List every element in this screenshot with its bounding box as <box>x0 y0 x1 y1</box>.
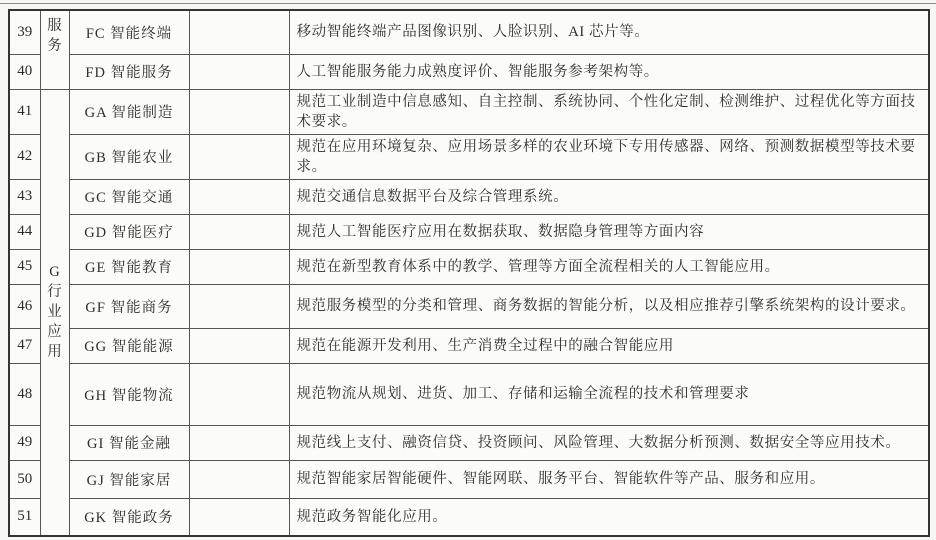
code-cell: GA 智能制造 <box>69 89 189 134</box>
description-cell: 规范在应用环境复杂、应用场景多样的农业环境下专用传感器、网络、预测数据模型等技术… <box>289 134 929 179</box>
description-cell: 规范人工智能医疗应用在数据获取、数据隐身管理等方面内容 <box>289 214 929 249</box>
description-cell: 规范在新型教育体系中的教学、管理等方面全流程相关的人工智能应用。 <box>289 249 929 284</box>
empty-cell <box>189 54 289 89</box>
code-cell: FC 智能终端 <box>69 10 189 54</box>
row-number-cell: 41 <box>9 89 40 134</box>
table-row: 40 FD 智能服务 人工智能服务能力成熟度评价、智能服务参考架构等。 <box>9 54 929 89</box>
code-cell: GH 智能物流 <box>69 363 189 425</box>
standards-table: 39 服 务 FC 智能终端 移动智能终端产品图像识别、人脸识别、AI 芯片等。… <box>8 9 930 537</box>
code-cell: GB 智能农业 <box>69 134 189 179</box>
table-row: 41 G 行 业 应 用 GA 智能制造 规范工业制造中信息感知、自主控制、系统… <box>9 89 929 134</box>
table-row: 49 GI 智能金融 规范线上支付、融资信贷、投资顾问、风险管理、大数据分析预测… <box>9 425 929 460</box>
code-cell: GE 智能教育 <box>69 249 189 284</box>
empty-cell <box>189 179 289 214</box>
row-number-cell: 45 <box>9 249 40 284</box>
table-row: 43 GC 智能交通 规范交通信息数据平台及综合管理系统。 <box>9 179 929 214</box>
empty-cell <box>189 10 289 54</box>
table-row: 44 GD 智能医疗 规范人工智能医疗应用在数据获取、数据隐身管理等方面内容 <box>9 214 929 249</box>
code-cell: FD 智能服务 <box>69 54 189 89</box>
empty-cell <box>189 498 289 536</box>
empty-cell <box>189 284 289 328</box>
description-cell: 人工智能服务能力成熟度评价、智能服务参考架构等。 <box>289 54 929 89</box>
table-row: 51 GK 智能政务 规范政务智能化应用。 <box>9 498 929 536</box>
table-row: 50 GJ 智能家居 规范智能家居智能硬件、智能网联、服务平台、智能软件等产品、… <box>9 460 929 498</box>
table-row: 47 GG 智能能源 规范在能源开发利用、生产消费全过程中的融合智能应用 <box>9 328 929 363</box>
description-cell: 移动智能终端产品图像识别、人脸识别、AI 芯片等。 <box>289 10 929 54</box>
row-number-cell: 44 <box>9 214 40 249</box>
empty-cell <box>189 425 289 460</box>
page-top-rule <box>0 3 936 4</box>
description-cell: 规范工业制造中信息感知、自主控制、系统协同、个性化定制、检测维护、过程优化等方面… <box>289 89 929 134</box>
row-number-cell: 39 <box>9 10 40 54</box>
empty-cell <box>189 328 289 363</box>
description-cell: 规范线上支付、融资信贷、投资顾问、风险管理、大数据分析预测、数据安全等应用技术。 <box>289 425 929 460</box>
scanned-page: 39 服 务 FC 智能终端 移动智能终端产品图像识别、人脸识别、AI 芯片等。… <box>0 0 936 540</box>
group-cell-services: 服 务 <box>40 10 69 89</box>
code-cell: GC 智能交通 <box>69 179 189 214</box>
row-number-cell: 46 <box>9 284 40 328</box>
row-number-cell: 50 <box>9 460 40 498</box>
table-row: 48 GH 智能物流 规范物流从规划、进货、加工、存储和运输全流程的技术和管理要… <box>9 363 929 425</box>
empty-cell <box>189 249 289 284</box>
code-cell: GG 智能能源 <box>69 328 189 363</box>
code-cell: GF 智能商务 <box>69 284 189 328</box>
group-cell-industry-application: G 行 业 应 用 <box>40 89 69 536</box>
description-cell: 规范服务模型的分类和管理、商务数据的智能分析，以及相应推荐引擎系统架构的设计要求… <box>289 284 929 328</box>
row-number-cell: 49 <box>9 425 40 460</box>
description-cell: 规范交通信息数据平台及综合管理系统。 <box>289 179 929 214</box>
empty-cell <box>189 214 289 249</box>
table-row: 46 GF 智能商务 规范服务模型的分类和管理、商务数据的智能分析，以及相应推荐… <box>9 284 929 328</box>
code-cell: GJ 智能家居 <box>69 460 189 498</box>
code-cell: GK 智能政务 <box>69 498 189 536</box>
row-number-cell: 40 <box>9 54 40 89</box>
description-cell: 规范智能家居智能硬件、智能网联、服务平台、智能软件等产品、服务和应用。 <box>289 460 929 498</box>
empty-cell <box>189 134 289 179</box>
empty-cell <box>189 363 289 425</box>
empty-cell <box>189 89 289 134</box>
description-cell: 规范在能源开发利用、生产消费全过程中的融合智能应用 <box>289 328 929 363</box>
empty-cell <box>189 460 289 498</box>
row-number-cell: 51 <box>9 498 40 536</box>
table-row: 42 GB 智能农业 规范在应用环境复杂、应用场景多样的农业环境下专用传感器、网… <box>9 134 929 179</box>
row-number-cell: 42 <box>9 134 40 179</box>
code-cell: GI 智能金融 <box>69 425 189 460</box>
description-cell: 规范物流从规划、进货、加工、存储和运输全流程的技术和管理要求 <box>289 363 929 425</box>
code-cell: GD 智能医疗 <box>69 214 189 249</box>
row-number-cell: 47 <box>9 328 40 363</box>
row-number-cell: 48 <box>9 363 40 425</box>
table-row: 39 服 务 FC 智能终端 移动智能终端产品图像识别、人脸识别、AI 芯片等。 <box>9 10 929 54</box>
description-cell: 规范政务智能化应用。 <box>289 498 929 536</box>
table-row: 45 GE 智能教育 规范在新型教育体系中的教学、管理等方面全流程相关的人工智能… <box>9 249 929 284</box>
row-number-cell: 43 <box>9 179 40 214</box>
